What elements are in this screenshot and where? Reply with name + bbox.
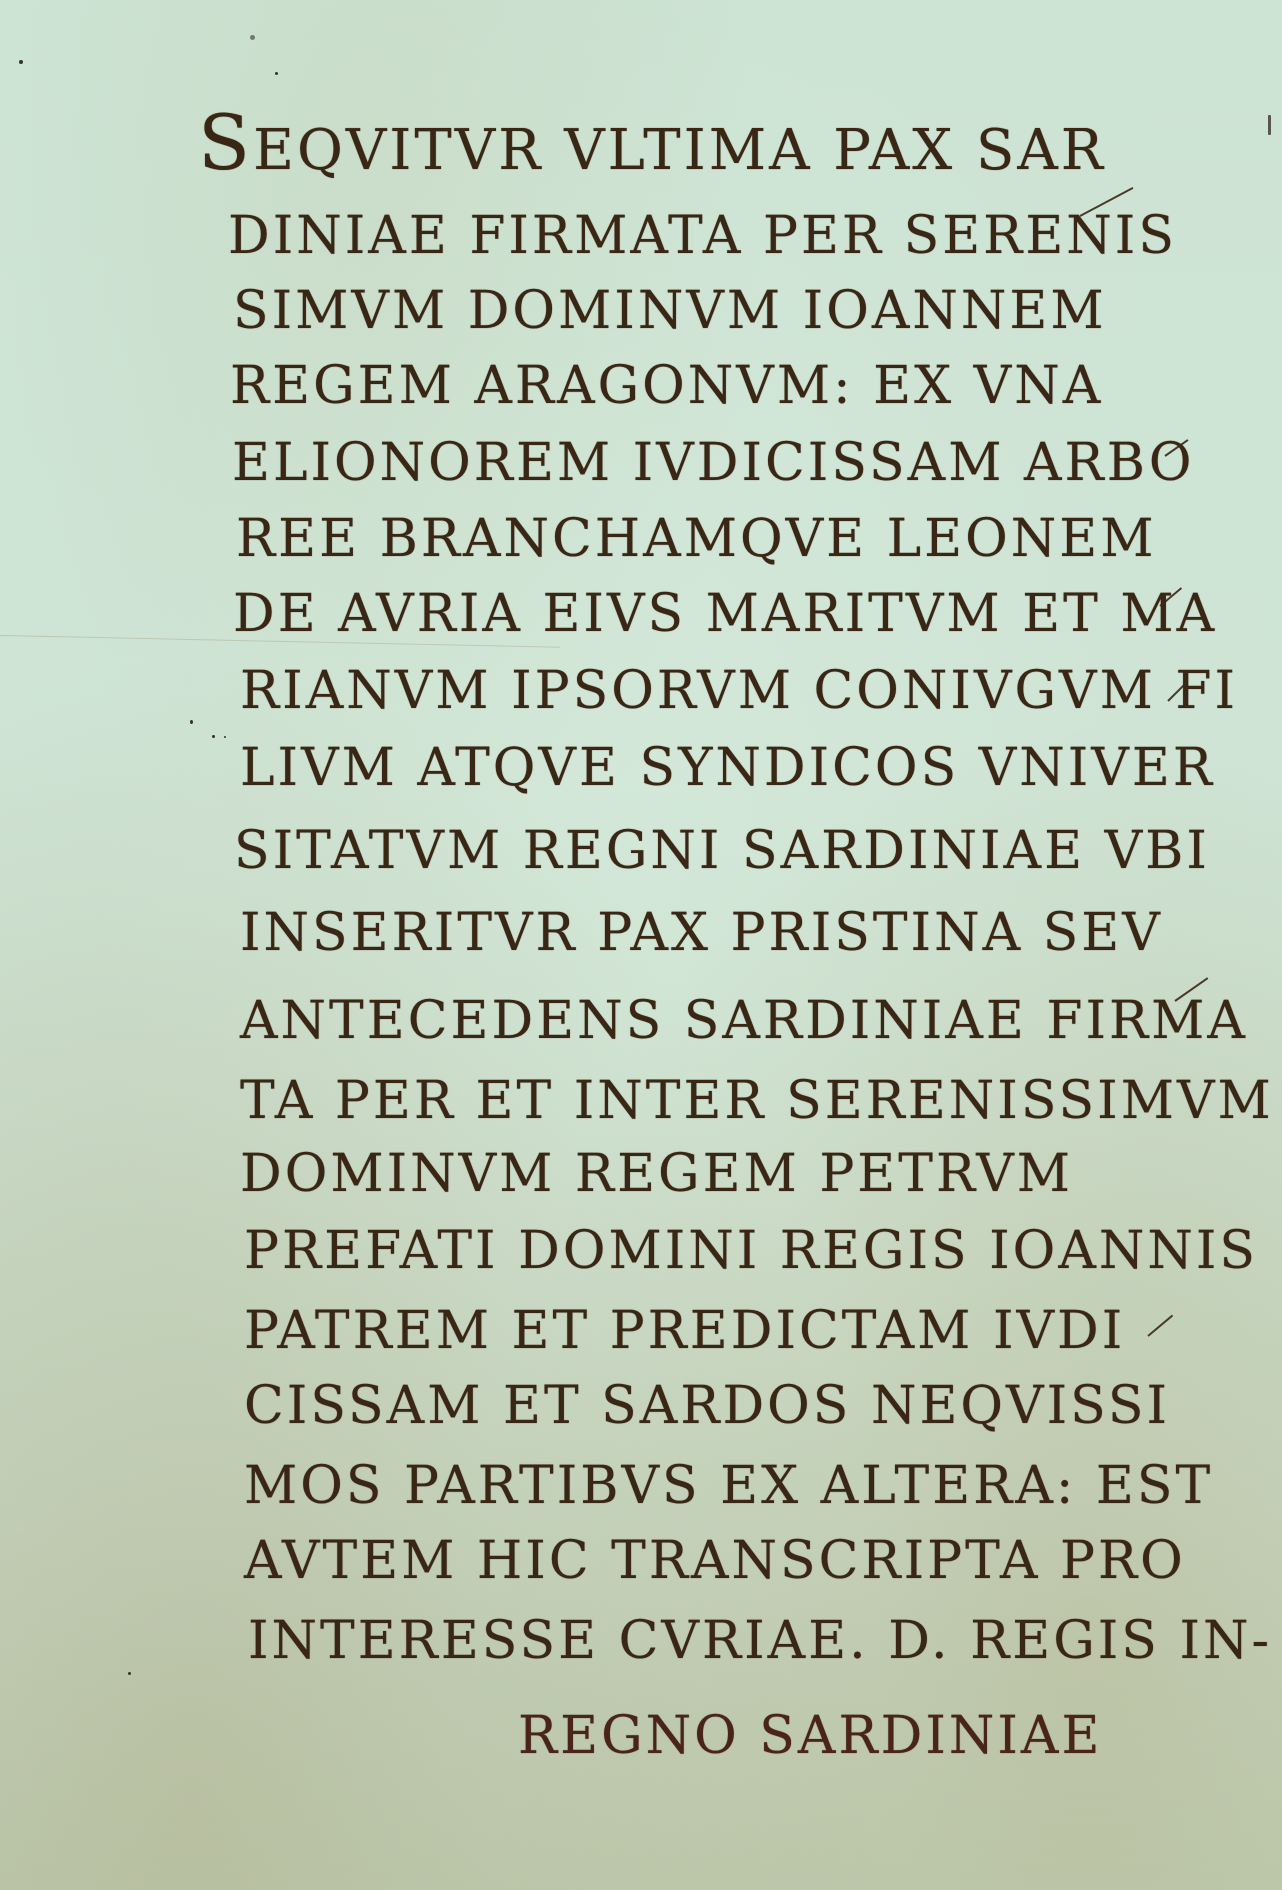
text-line: RIANVM IPSORVM CONIVGVM FI <box>240 665 1238 717</box>
text-line: SIMVM DOMINVM IOANNEM <box>233 285 1107 337</box>
text-line: ANTECEDENS SARDINIAE FIRMA <box>240 995 1248 1047</box>
closing-line: REGNO SARDINIAE <box>518 1710 1102 1762</box>
manuscript-page: SEQVITVR VLTIMA PAX SAR DINIAE FIRMATA P… <box>0 0 1282 1890</box>
text-line: INTERESSE CVRIAE. D. REGIS IN- <box>248 1615 1272 1667</box>
text-line: PREFATI DOMINI REGIS IOANNIS <box>244 1225 1258 1277</box>
text-line: REE BRANCHAMQVE LEONEM <box>236 513 1156 565</box>
decorated-initial: S <box>198 98 253 187</box>
manuscript-text: SEQVITVR VLTIMA PAX SAR DINIAE FIRMATA P… <box>0 0 1282 1890</box>
text-line: ELIONOREM IVDICISSAM ARBO <box>232 437 1195 489</box>
text-line: PATREM ET PREDICTAM IVDI <box>244 1305 1125 1357</box>
text-line: CISSAM ET SARDOS NEQVISSI <box>244 1380 1170 1432</box>
text-line: SEQVITVR VLTIMA PAX SAR <box>198 105 1106 181</box>
text-line: DE AVRIA EIVS MARITVM ET MA <box>233 588 1217 640</box>
text-line: DINIAE FIRMATA PER SERENIS <box>228 210 1177 262</box>
text-line: MOS PARTIBVS EX ALTERA: EST <box>244 1460 1213 1512</box>
text-line: REGEM ARAGONVM: EX VNA <box>230 360 1103 412</box>
text-line: INSERITVR PAX PRISTINA SEV <box>240 907 1163 959</box>
text-line: DOMINVM REGEM PETRVM <box>240 1148 1073 1200</box>
text-line: LIVM ATQVE SYNDICOS VNIVER <box>240 742 1215 794</box>
text-line: AVTEM HIC TRANSCRIPTA PRO <box>244 1535 1186 1587</box>
text-line: SITATVM REGNI SARDINIAE VBI <box>234 825 1210 877</box>
text-line: TA PER ET INTER SERENISSIMVM <box>240 1075 1274 1127</box>
